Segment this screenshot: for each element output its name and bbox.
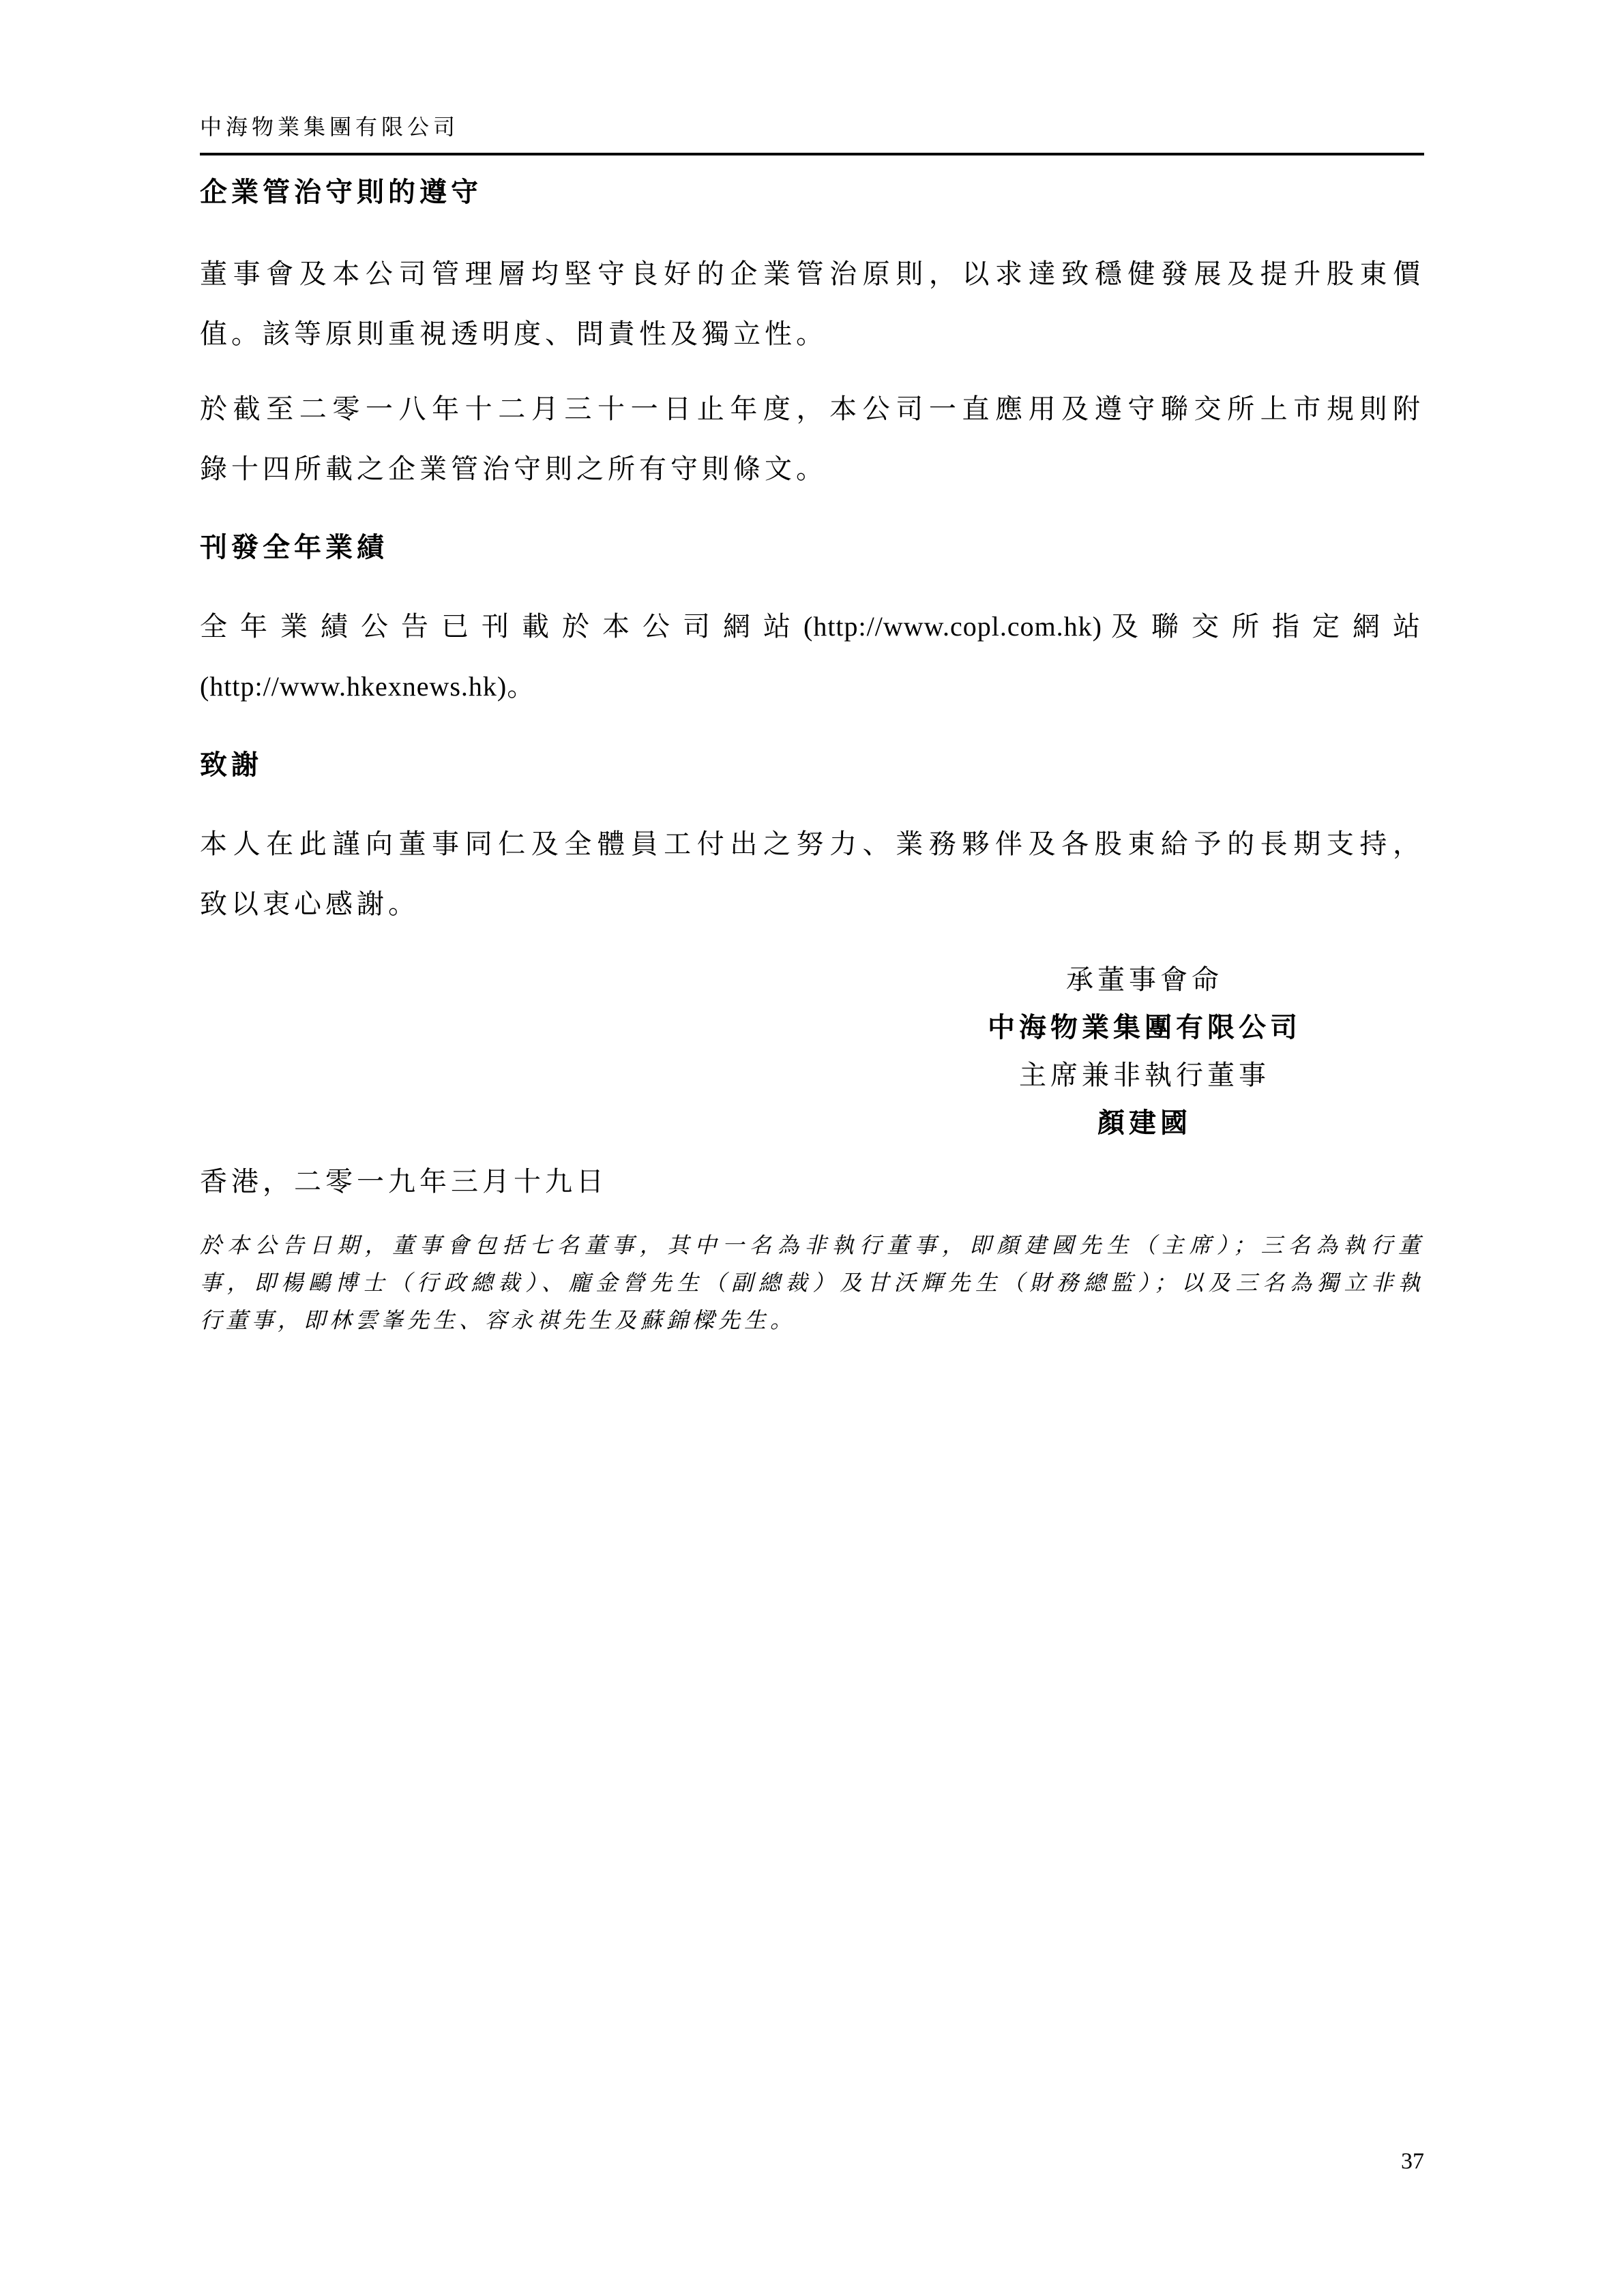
paragraph-cg-code-applied: 於截至二零一八年十二月三十一日止年度，本公司一直應用及遵守聯交所上市規則附 錄十… <box>200 379 1424 499</box>
publication-text-between-urls: 及聯交所指定網站 <box>1102 611 1424 642</box>
signature-by-order: 承董事會命 <box>967 956 1322 1004</box>
paragraph-appreciation: 本人在此謹向董事同仁及全體員工付出之努力、業務夥伴及各股東給予的長期支持， 致以… <box>200 814 1424 934</box>
hkexnews-website-url: (http://www.hkexnews.hk) <box>200 671 507 702</box>
section-heading-appreciation: 致謝 <box>200 745 1424 786</box>
paragraph-line: 董事會及本公司管理層均堅守良好的企業管治原則，以求達致穩健發展及提升股東價 <box>200 244 1424 304</box>
paragraph-line: 於截至二零一八年十二月三十一日止年度，本公司一直應用及遵守聯交所上市規則附 <box>200 379 1424 439</box>
paragraph-line: 錄十四所載之企業管治守則之所有守則條文。 <box>200 439 1424 499</box>
company-website-url: (http://www.copl.com.hk) <box>803 611 1102 642</box>
paragraph-publication: 全年業績公告已刊載於本公司網站(http://www.copl.com.hk)及… <box>200 597 1424 717</box>
header-company-name: 中海物業集團有限公司 <box>200 115 459 139</box>
section-heading-publication-of-results: 刊發全年業績 <box>200 527 1424 568</box>
page-header: 中海物業集團有限公司 <box>200 108 1424 146</box>
signature-company-name: 中海物業集團有限公司 <box>967 1004 1322 1052</box>
publication-text-before-url: 全年業績公告已刊載於本公司網站 <box>200 611 803 642</box>
section-heading-cg-code-compliance: 企業管治守則的遵守 <box>200 172 1424 213</box>
footnote-line: 事，即楊鷗博士（行政總裁）、龐金營先生（副總裁）及甘沃輝先生（財務總監）；以及三… <box>200 1264 1424 1302</box>
place-date-line: 香港，二零一九年三月十九日 <box>200 1161 1424 1202</box>
paragraph-line: 值。該等原則重視透明度、問責性及獨立性。 <box>200 304 1424 364</box>
signature-block: 承董事會命 中海物業集團有限公司 主席兼非執行董事 顏建國 <box>967 956 1322 1147</box>
document-page: 中海物業集團有限公司 企業管治守則的遵守 董事會及本公司管理層均堅守良好的企業管… <box>0 0 1624 2296</box>
directors-footnote: 於本公告日期，董事會包括七名董事，其中一名為非執行董事，即顏建國先生（主席）；三… <box>200 1227 1424 1339</box>
header-rule <box>200 153 1424 155</box>
paragraph-line: (http://www.hkexnews.hk)。 <box>200 657 1424 717</box>
footnote-line: 於本公告日期，董事會包括七名董事，其中一名為非執行董事，即顏建國先生（主席）；三… <box>200 1227 1424 1264</box>
footnote-line: 行董事，即林雲峯先生、容永祺先生及蘇錦樑先生。 <box>200 1302 1424 1339</box>
paragraph-line: 致以衷心感謝。 <box>200 874 1424 934</box>
signature-role-title: 主席兼非執行董事 <box>967 1052 1322 1099</box>
paragraph-line: 本人在此謹向董事同仁及全體員工付出之努力、業務夥伴及各股東給予的長期支持， <box>200 814 1424 874</box>
signature-chairman-name: 顏建國 <box>967 1099 1322 1147</box>
page-number: 37 <box>200 2145 1424 2178</box>
paragraph-line: 全年業績公告已刊載於本公司網站(http://www.copl.com.hk)及… <box>200 597 1424 657</box>
paragraph-cg-principles: 董事會及本公司管理層均堅守良好的企業管治原則，以求達致穩健發展及提升股東價 值。… <box>200 244 1424 364</box>
publication-text-end: 。 <box>507 671 538 702</box>
